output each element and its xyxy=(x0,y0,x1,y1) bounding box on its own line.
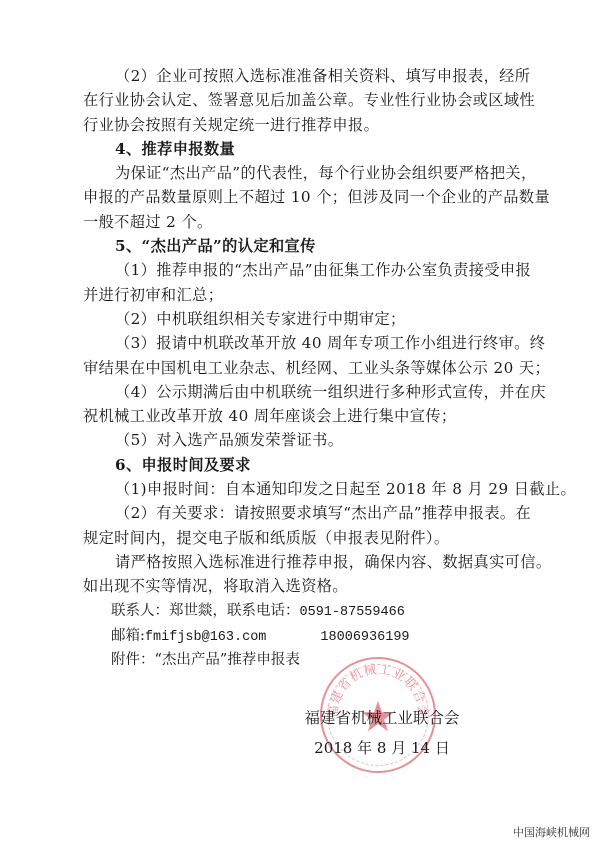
paragraph-line: （2）企业可按照入选标准准备相关资料、填写申报表，经所 xyxy=(83,64,519,88)
issue-date: 2018 年 8 月 14 日 xyxy=(300,736,464,760)
paragraph-line: （4）公示期满后由中机联统一组织进行多种形式宣传，并在庆 xyxy=(83,380,519,404)
contact-email: fmifjsb@163.com xyxy=(145,630,267,645)
signoff-block: 福建省机械工业联合会 2018 年 8 月 14 日 xyxy=(300,706,464,760)
paragraph-line: （2）中机联组织相关专家进行中期审定； xyxy=(83,307,519,331)
contact-person-line: 联系人：郑世燚，联系电话：0591-87559466 xyxy=(111,599,410,624)
section-heading-4: 4、推荐申报数量 xyxy=(83,137,519,161)
paragraph-line: 审结果在中国机电工业杂志、机经网、工业头条等媒体公示 20 天； xyxy=(83,356,519,380)
issuing-organization: 福建省机械工业联合会 xyxy=(300,706,464,730)
paragraph-line: 申报的产品数量原则上不超过 10 个；但涉及同一个企业的产品数量 xyxy=(83,185,519,209)
paragraph-line: （1)申报时间：自本通知印发之日起至 2018 年 8 月 29 日截止。 xyxy=(83,477,519,501)
section-heading-5: 5、“杰出产品”的认定和宣传 xyxy=(83,234,519,258)
contact-person-label: 联系人：郑世燚，联系电话： xyxy=(111,603,300,619)
contact-email-line: 邮箱:fmifjsb@163.com18006936199 xyxy=(111,624,410,649)
paragraph-line: 祝机械工业改革开放 40 周年座谈会上进行集中宣传； xyxy=(83,404,519,428)
paragraph-line: 请严格按照入选标准进行推荐申报，确保内容、数据真实可信。 xyxy=(83,550,519,574)
paragraph-line: 在行业协会认定、签署意见后加盖公章。专业性行业协会或区域性 xyxy=(83,88,519,112)
paragraph-line: （1）推荐申报的“杰出产品”由征集工作办公室负责接受申报 xyxy=(83,258,519,282)
paragraph-line: （5）对入选产品颁发荣誉证书。 xyxy=(83,428,519,452)
document-page: （2）企业可按照入选标准准备相关资料、填写申报表，经所 在行业协会认定、签署意见… xyxy=(0,0,600,848)
email-label: 邮箱: xyxy=(111,628,145,644)
paragraph-line: 为保证“杰出产品”的代表性，每个行业协会组织要严格把关， xyxy=(83,161,519,185)
section-heading-6: 6、申报时间及要求 xyxy=(83,453,519,477)
paragraph-line: 规定时间内，提交电子版和纸质版（申报表见附件）。 xyxy=(83,526,519,550)
paragraph-line: 并进行初审和汇总； xyxy=(83,283,519,307)
paragraph-line: 一般不超过 2 个。 xyxy=(83,210,519,234)
site-watermark: 中国海峡机械网 xyxy=(513,824,590,840)
paragraph-line: （2）有关要求：请按照要求填写“杰出产品”推荐申报表。在 xyxy=(83,501,519,525)
document-body: （2）企业可按照入选标准准备相关资料、填写申报表，经所 在行业协会认定、签署意见… xyxy=(83,64,519,599)
paragraph-line: 如出现不实等情况，将取消入选资格。 xyxy=(83,574,519,598)
contact-mobile: 18006936199 xyxy=(320,630,409,645)
contact-phone: 0591-87559466 xyxy=(300,605,405,620)
paragraph-line: （3）报请中机联改革开放 40 周年专项工作小组进行终审。终 xyxy=(83,331,519,355)
paragraph-line: 行业协会按照有关规定统一进行推荐申报。 xyxy=(83,113,519,137)
